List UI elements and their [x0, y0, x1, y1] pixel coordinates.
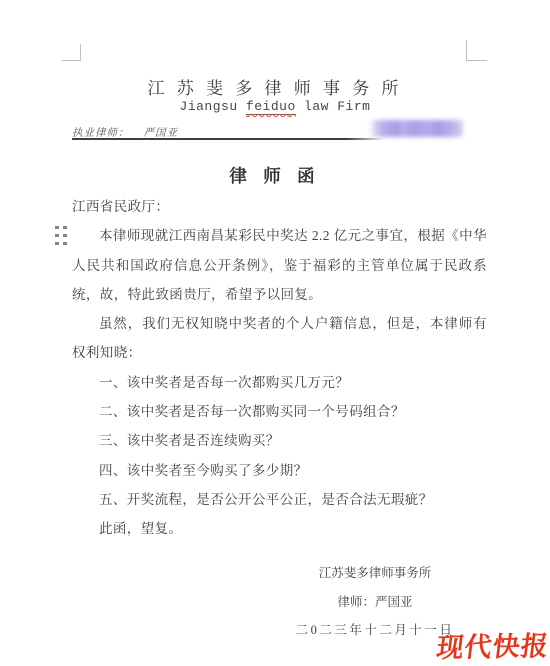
letter-body: 江西省民政厅： 本律师现就江西南昌某彩民中奖达 2.2 亿元之事宜，根据《中华人…: [72, 192, 487, 544]
firm-name-en-post: law Firm: [296, 99, 371, 114]
margin-crop-mark-top-left-vertical: [80, 44, 81, 60]
signature-firm: 江苏斐多律师事务所: [268, 559, 482, 588]
margin-dots-artifact: [55, 226, 67, 245]
margin-crop-mark-top-left-horizontal: [62, 60, 81, 61]
dot: [63, 242, 67, 245]
letterhead-rule: [72, 138, 385, 140]
question-item-5: 五、开奖流程，是否公开公平公正，是否合法无瑕疵？: [72, 485, 487, 514]
question-item-4: 四、该中奖者至今购买了多少期？: [72, 456, 487, 485]
dot: [55, 226, 59, 229]
firm-name-en-misspelled-word: feiduo: [246, 99, 296, 115]
recipient-line: 江西省民政厅：: [72, 192, 487, 221]
firm-name-en-pre: Jiangsu: [180, 99, 246, 114]
document-title: 律 师 函: [0, 163, 550, 188]
firm-name-chinese: 江 苏 斐 多 律 师 事 务 所: [0, 74, 550, 99]
modern-express-news-watermark: 现代快报: [434, 624, 550, 665]
signature-lawyer: 律师：严国亚: [268, 588, 482, 617]
dot: [63, 226, 67, 229]
dot: [55, 234, 59, 237]
lawyer-letter-page: 江 苏 斐 多 律 师 事 务 所 Jiangsu feiduo law Fir…: [0, 0, 550, 666]
margin-crop-mark-top-right-horizontal: [466, 60, 487, 61]
question-item-2: 二、该中奖者是否每一次都购买同一个号码组合？: [72, 397, 487, 426]
margin-crop-mark-top-right-vertical: [466, 40, 467, 60]
question-item-1: 一、该中奖者是否每一次都购买几万元？: [72, 368, 487, 397]
body-paragraph-2: 虽然，我们无权知晓中奖者的个人户籍信息，但是，本律师有权利知晓：: [72, 309, 487, 368]
closing-line: 此函，望复。: [72, 514, 487, 543]
question-item-3: 三、该中奖者是否连续购买？: [72, 426, 487, 455]
firm-name-english: Jiangsu feiduo law Firm: [0, 99, 550, 114]
dot: [63, 234, 67, 237]
body-paragraph-1: 本律师现就江西南昌某彩民中奖达 2.2 亿元之事宜，根据《中华人民共和国政府信息…: [72, 221, 487, 309]
dot: [55, 242, 59, 245]
redacted-contact-blur: [369, 120, 463, 137]
